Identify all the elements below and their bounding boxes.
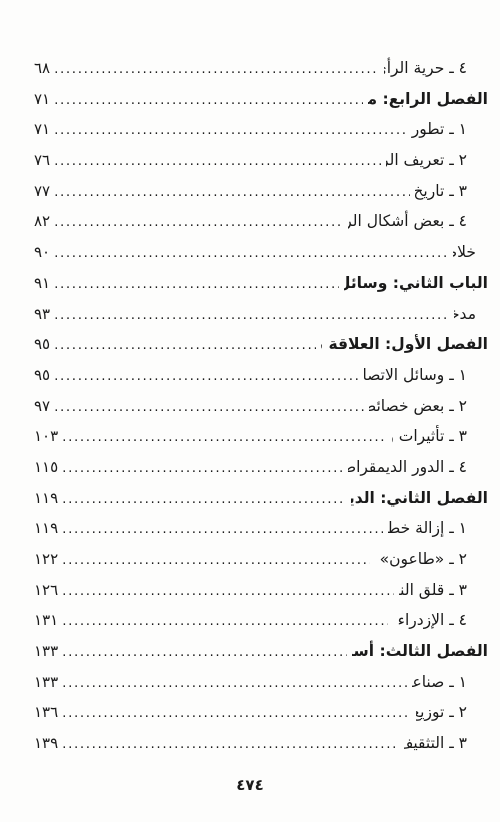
- toc-entry-page: ٦٨: [34, 53, 50, 84]
- dot-leader: [62, 453, 343, 484]
- toc-entry-page: ٧٦: [34, 145, 50, 176]
- dot-leader: [62, 729, 399, 760]
- toc-row: الفصل الثاني: الديمقراطية وهواجس الغرب ١…: [34, 483, 488, 514]
- toc-entry-page: ٩٣: [34, 299, 50, 330]
- toc-entry-title: ١ ـ تطور المفهوم: [410, 114, 467, 145]
- dot-leader: [62, 606, 388, 637]
- dot-leader: [54, 269, 339, 300]
- dot-leader: [62, 422, 387, 453]
- toc-entry-page: ١٣٣: [34, 636, 58, 667]
- toc-row: الباب الثاني: وسائل الاتصال ومواقف السلط…: [34, 268, 488, 299]
- dot-leader: [62, 637, 347, 668]
- dot-leader: [54, 115, 405, 146]
- dot-leader: [62, 668, 407, 699]
- dot-leader: [54, 300, 449, 331]
- toc-entry-page: ٧١: [34, 114, 50, 145]
- toc-entry-title: ٢ ـ تعريف الرقابة وأشكالها: [386, 145, 467, 176]
- toc-entry-title: الفصل الأول: العلاقة بين الاتصال والسلطة…: [321, 329, 488, 360]
- toc-entry-page: ١٣١: [34, 605, 58, 636]
- toc-row: ١ ـ إزالة خطر الديمقراطية ١١٩: [34, 513, 488, 544]
- book-toc-page: ٤ ـ حرية الرأي وحذر متبادل ٦٨ الفصل الرا…: [0, 0, 500, 822]
- toc-entry-title: ٣ ـ تأثيرات ونتائج التدخل: [392, 421, 467, 452]
- dot-leader: [62, 698, 411, 729]
- toc-entry-title: ٢ ـ توزيع الأدوار: [416, 697, 467, 728]
- toc-row: الفصل الأول: العلاقة بين الاتصال والسلطة…: [34, 329, 488, 360]
- toc-entry-page: ١٣٣: [34, 667, 58, 698]
- toc-entry-page: ١١٩: [34, 483, 58, 514]
- toc-row: ٤ ـ الإزدراء بالديمقراطية ١٣١: [34, 605, 488, 636]
- toc-entry-page: ١٢٢: [34, 544, 58, 575]
- dot-leader: [54, 54, 379, 85]
- toc-entry-title: ٢ ـ بعض خصائص المجال الاتصالي: [369, 391, 467, 422]
- toc-row: ٢ ـ بعض خصائص المجال الاتصالي ٩٧: [34, 391, 488, 422]
- toc-row: ٢ ـ تعريف الرقابة وأشكالها ٧٦: [34, 145, 488, 176]
- toc-entry-page: ٩٠: [34, 237, 50, 268]
- toc-entry-page: ٩٥: [34, 329, 50, 360]
- dot-leader: [54, 207, 343, 238]
- toc-row: ١ ـ صناعة القبول ١٣٣: [34, 667, 488, 698]
- toc-row: ٤ ـ الدور الديمقراطي لوسائل الاتصال الحد…: [34, 452, 488, 483]
- toc-entry-title: مدخل: [454, 299, 476, 330]
- toc-entry-page: ٩٥: [34, 360, 50, 391]
- toc-row: ٢ ـ «طاعون» الحضارة الأوروبية ١٢٢: [34, 544, 488, 575]
- toc-row: ١ ـ وسائل الاتصال وإشكالية السلطة ٩٥: [34, 360, 488, 391]
- toc-entry-page: ٨٢: [34, 206, 50, 237]
- dot-leader: [54, 177, 409, 208]
- toc-row: ٣ ـ تأثيرات ونتائج التدخل ١٠٣: [34, 421, 488, 452]
- toc-entry-page: ١١٩: [34, 513, 58, 544]
- toc-row: الفصل الثالث: أساليب الحماية وصنع القرار…: [34, 636, 488, 667]
- toc-row: الفصل الرابع: مفهوم حرية الاتصال ٧١: [34, 84, 488, 115]
- page-number-footer: ٤٧٤: [0, 776, 500, 794]
- dot-leader: [54, 85, 362, 116]
- toc-row: خلاصة ٩٠: [34, 237, 488, 268]
- toc-entry-title: الفصل الثالث: أساليب الحماية وصنع القرار: [352, 636, 488, 667]
- toc-entry-title: ٤ ـ بعض أشكال الرقابة على الإعلام المعاص…: [348, 206, 467, 237]
- dot-leader: [54, 238, 448, 269]
- toc-entry-title: ١ ـ صناعة القبول: [412, 667, 467, 698]
- toc-row: ١ ـ تطور المفهوم ٧١: [34, 114, 488, 145]
- toc-entry-page: ١٣٦: [34, 697, 58, 728]
- toc-entry-page: ١١٥: [34, 452, 58, 483]
- toc-entry-title: ٣ ـ التثقيف العقائدي: [404, 728, 467, 759]
- toc-entry-title: ٢ ـ «طاعون» الحضارة الأوروبية: [375, 544, 467, 575]
- dot-leader: [54, 330, 316, 361]
- toc-entry-page: ٧١: [34, 84, 50, 115]
- toc-entry-title: الفصل الرابع: مفهوم حرية الاتصال: [368, 84, 488, 115]
- toc-entry-title: ٣ ـ قلق النخب الغربية: [399, 575, 467, 606]
- toc-entry-title: ١ ـ إزالة خطر الديمقراطية: [388, 513, 467, 544]
- toc-entry-title: الفصل الثاني: الديمقراطية وهواجس الغرب: [351, 483, 488, 514]
- footer-page-number: ٤٧٤: [236, 776, 263, 794]
- toc-entry-title: ١ ـ وسائل الاتصال وإشكالية السلطة: [364, 360, 467, 391]
- toc-entry-title: ٤ ـ الإزدراء بالديمقراطية: [393, 605, 467, 636]
- toc-row: ٣ ـ التثقيف العقائدي ١٣٩: [34, 728, 488, 759]
- toc-entry-page: ١٠٣: [34, 421, 58, 452]
- toc-row: ٤ ـ بعض أشكال الرقابة على الإعلام المعاص…: [34, 206, 488, 237]
- dot-leader: [62, 484, 346, 515]
- toc-entry-title: ٤ ـ الدور الديمقراطي لوسائل الاتصال الحد…: [348, 452, 467, 483]
- toc-row: ٣ ـ قلق النخب الغربية ١٢٦: [34, 575, 488, 606]
- toc-entry-title: خلاصة: [453, 237, 476, 268]
- toc-entry-title: الباب الثاني: وسائل الاتصال ومواقف السلط…: [344, 268, 488, 299]
- toc-entry-page: ١٢٦: [34, 575, 58, 606]
- dot-leader: [62, 576, 394, 607]
- dot-leader: [54, 146, 381, 177]
- dot-leader: [62, 545, 370, 576]
- toc-entry-page: ١٣٩: [34, 728, 58, 759]
- dot-leader: [54, 361, 359, 392]
- toc-entry-title: ٣ ـ تاريخ الرقابة: [415, 176, 467, 207]
- toc-row: ٣ ـ تاريخ الرقابة ٧٧: [34, 176, 488, 207]
- toc-row: ٢ ـ توزيع الأدوار ١٣٦: [34, 697, 488, 728]
- dot-leader: [62, 514, 383, 545]
- toc-list: ٤ ـ حرية الرأي وحذر متبادل ٦٨ الفصل الرا…: [0, 53, 500, 759]
- toc-row: مدخل ٩٣: [34, 299, 488, 330]
- toc-entry-page: ٧٧: [34, 176, 50, 207]
- toc-entry-page: ٩١: [34, 268, 50, 299]
- toc-row: ٤ ـ حرية الرأي وحذر متبادل ٦٨: [34, 53, 488, 84]
- toc-entry-page: ٩٧: [34, 391, 50, 422]
- dot-leader: [54, 392, 364, 423]
- toc-entry-title: ٤ ـ حرية الرأي وحذر متبادل: [384, 53, 467, 84]
